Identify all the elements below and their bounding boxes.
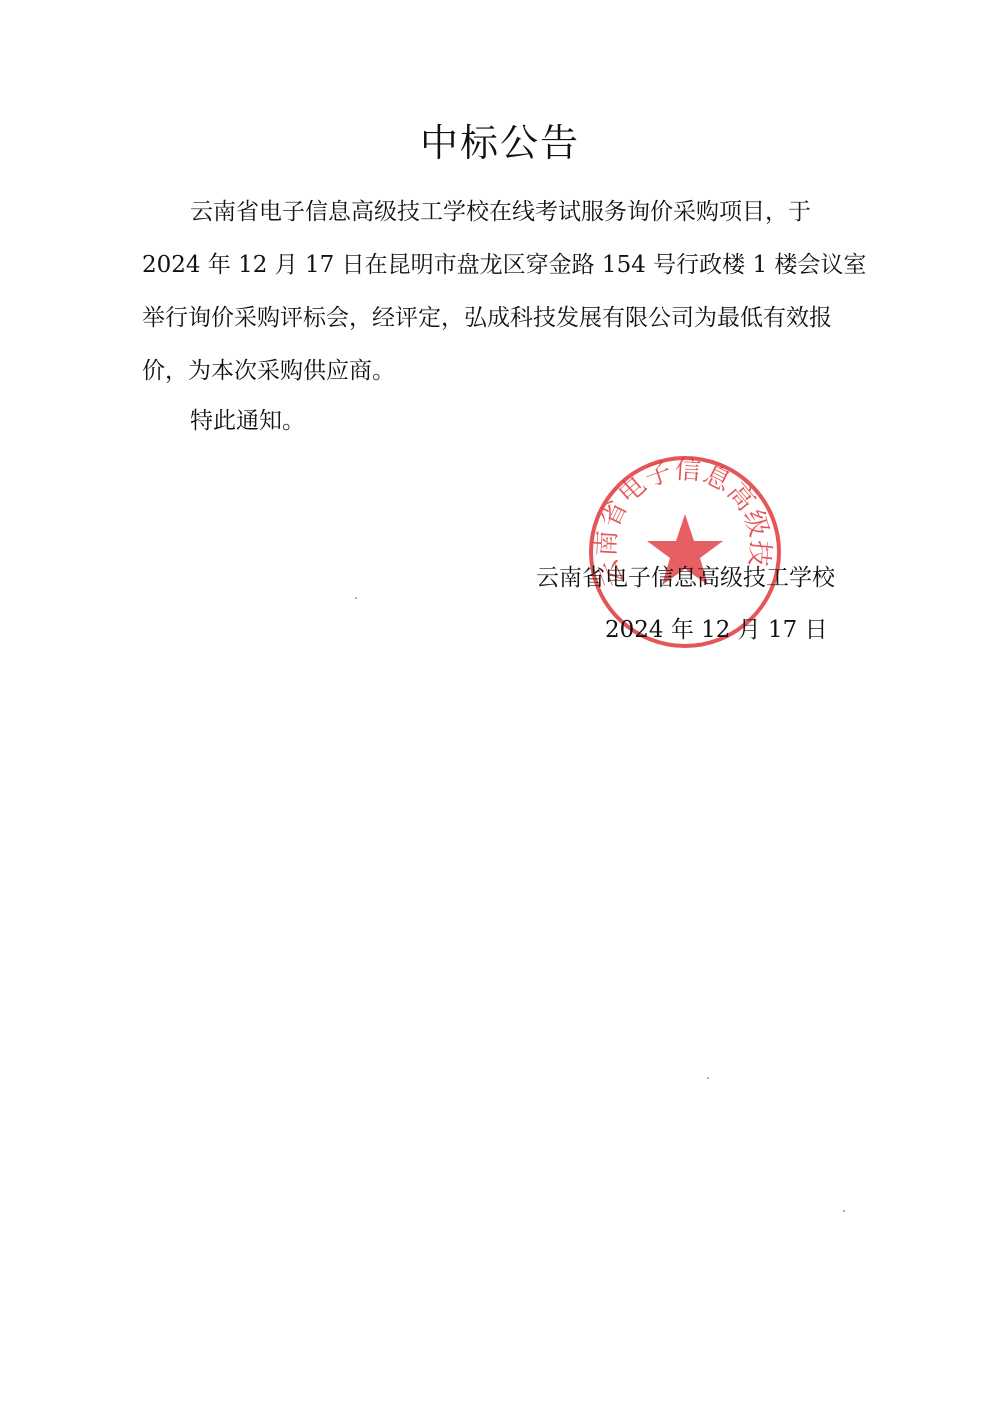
scan-speck bbox=[843, 1210, 845, 1212]
scan-speck bbox=[355, 597, 357, 599]
body-line: 价，为本次采购供应商。 bbox=[142, 345, 862, 398]
closing-text: 特此通知。 bbox=[190, 395, 305, 448]
signature-date: 2024 年 12 月 17 日 bbox=[605, 604, 828, 657]
document-title: 中标公告 bbox=[0, 112, 1000, 167]
signature-organization: 云南省电子信息高级技工学校 bbox=[536, 552, 835, 605]
body-line: 云南省电子信息高级技工学校在线考试服务询价采购项目，于 bbox=[142, 186, 862, 239]
body-line: 2024 年 12 月 17 日在昆明市盘龙区穿金路 154 号行政楼 1 楼会… bbox=[142, 239, 862, 292]
scan-speck bbox=[707, 1077, 709, 1079]
body-paragraph: 云南省电子信息高级技工学校在线考试服务询价采购项目，于 2024 年 12 月 … bbox=[142, 186, 862, 398]
body-line: 举行询价采购评标会，经评定，弘成科技发展有限公司为最低有效报 bbox=[142, 292, 862, 345]
